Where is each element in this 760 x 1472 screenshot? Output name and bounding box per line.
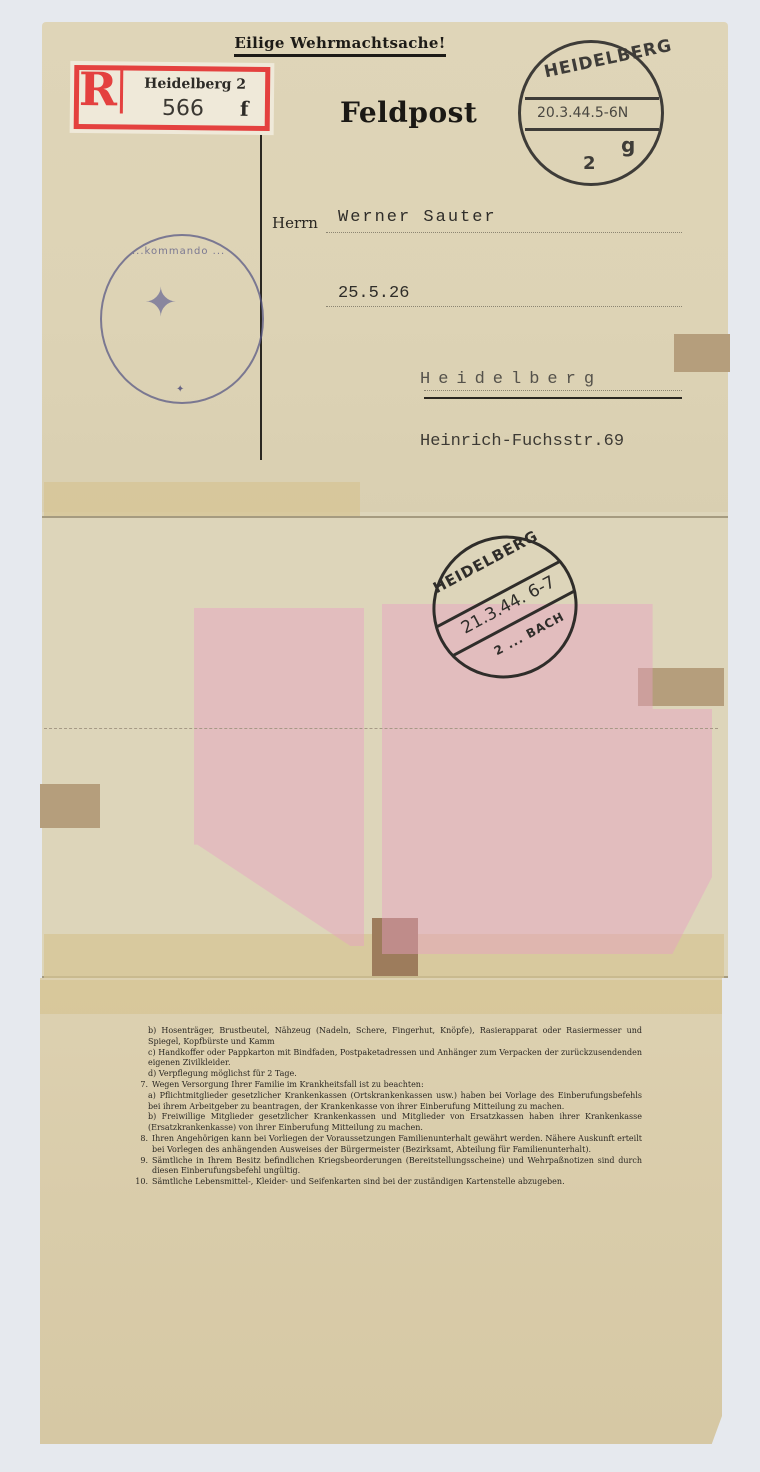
instruction-item: 8.Ihren Angehörigen kann bei Vorliegen d…: [132, 1134, 642, 1156]
document-title: Feldpost: [340, 96, 477, 129]
registration-label: R Heidelberg 2 566 f: [70, 61, 275, 135]
instruction-number: 7.: [132, 1080, 152, 1091]
instruction-text: Sämtliche Lebensmittel-, Kleider- und Se…: [152, 1177, 642, 1188]
eagle-icon: ✦: [144, 280, 178, 326]
instruction-item: 7.Wegen Versorgung Ihrer Familie im Kran…: [132, 1080, 642, 1091]
recipient-name: Werner Sauter: [338, 208, 497, 227]
instruction-item: c) Handkoffer oder Pappkarton mit Bindfa…: [132, 1048, 642, 1070]
recipient-street: Heinrich-Fuchsstr.69: [420, 432, 624, 451]
seal-ring-text: ...kommando ...: [132, 246, 225, 257]
address-line: [326, 232, 682, 233]
instruction-item: d) Verpflegung möglichst für 2 Tage.: [132, 1069, 642, 1080]
instruction-text: b) Freiwillige Mitglieder gesetzlicher K…: [148, 1112, 642, 1134]
instruction-number: 9.: [132, 1156, 152, 1178]
recipient-city: Heidelberg: [420, 370, 602, 389]
instruction-item: a) Pflichtmitglieder gesetzlicher Kranke…: [132, 1091, 642, 1113]
instruction-item: 9.Sämtliche in Ihrem Besitz befindlichen…: [132, 1156, 642, 1178]
birth-date: 25.5.26: [338, 284, 409, 303]
fold-line: [42, 516, 728, 518]
address-line: [424, 390, 682, 391]
instruction-item: b) Hosenträger, Brustbeutel, Nähzeug (Na…: [132, 1026, 642, 1048]
salutation: Herrn: [272, 214, 318, 232]
tape-strip: [44, 482, 360, 516]
address-line: [326, 306, 682, 307]
instruction-text: b) Hosenträger, Brustbeutel, Nähzeug (Na…: [148, 1026, 642, 1048]
tape-patch: [674, 334, 730, 372]
instruction-text: c) Handkoffer oder Pappkarton mit Bindfa…: [148, 1048, 642, 1070]
instruction-text: Ihren Angehörigen kann bei Vorliegen der…: [152, 1134, 642, 1156]
star-icon: ✦: [176, 384, 184, 395]
city-underline: [424, 397, 682, 399]
instruction-number: 8.: [132, 1134, 152, 1156]
tape-patch: [40, 784, 100, 828]
perforation-line: [44, 728, 718, 729]
registration-letter: R: [76, 65, 124, 113]
urgent-heading: Eilige Wehrmachtsache!: [234, 34, 446, 57]
instruction-text: Wegen Versorgung Ihrer Familie im Krankh…: [152, 1080, 642, 1091]
instruction-text: Sämtliche in Ihrem Besitz befindlichen K…: [152, 1156, 642, 1178]
instruction-number: 10.: [132, 1177, 152, 1188]
instruction-item: b) Freiwillige Mitglieder gesetzlicher K…: [132, 1112, 642, 1134]
registration-suffix: f: [240, 97, 249, 121]
postmark-date: 20.3.44.5-6N: [537, 105, 628, 121]
postmark-front: HEIDELBERG 20.3.44.5-6N 2 g: [518, 40, 664, 186]
instruction-text: a) Pflichtmitglieder gesetzlicher Kranke…: [148, 1091, 642, 1113]
postmark-letter: g: [621, 133, 635, 157]
instruction-item: 10.Sämtliche Lebensmittel-, Kleider- und…: [132, 1177, 642, 1188]
tape-strip: [40, 980, 722, 1014]
instruction-text: d) Verpflegung möglichst für 2 Tage.: [148, 1069, 642, 1080]
registration-post-office: Heidelberg 2: [144, 76, 246, 93]
postmark-office-number: 2: [583, 153, 596, 174]
unit-seal: ...kommando ... ✦ ✦: [100, 234, 264, 404]
registration-number: 566: [162, 96, 204, 121]
instruction-list: b) Hosenträger, Brustbeutel, Nähzeug (Na…: [132, 1026, 642, 1188]
